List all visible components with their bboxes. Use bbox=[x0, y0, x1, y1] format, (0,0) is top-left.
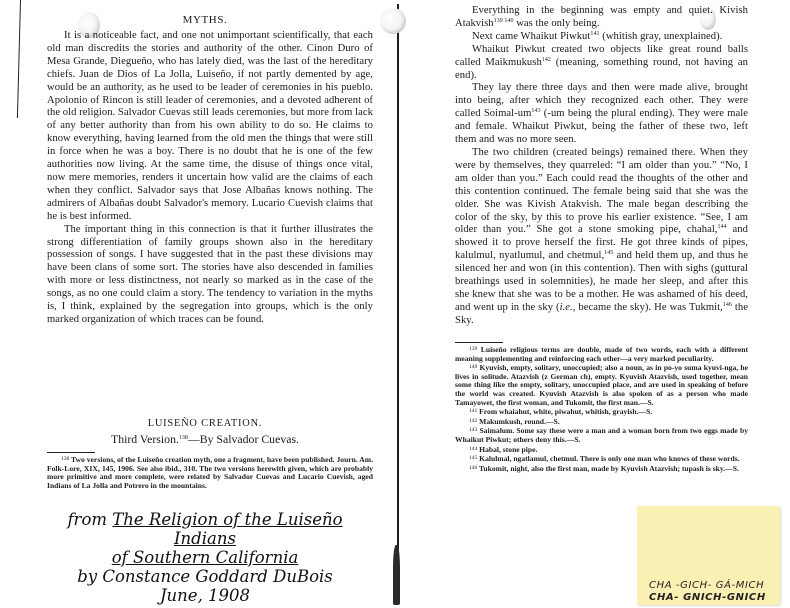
footnote: 143 Saimalum. Some say these were a man … bbox=[455, 427, 748, 444]
sticky-note-line: CHA- GNICH-GNICH bbox=[649, 592, 766, 603]
subtitle-text: Third Version. bbox=[111, 432, 179, 446]
footnote: 140 Kyuvish, empty, solitary, unoccupied… bbox=[455, 364, 748, 407]
sticky-note-line: CHA -GICH- GÁ-MICH bbox=[649, 580, 764, 591]
running-head: MYTHS. bbox=[40, 14, 370, 26]
footnotes: 138 Two versions, of the Luiseño creatio… bbox=[47, 456, 373, 491]
handwriting-title-cont: of Southern California bbox=[40, 548, 370, 567]
footnote-text: Two versions, of the Luiseño creation my… bbox=[47, 455, 373, 490]
footnote-ref: 145 bbox=[604, 250, 613, 256]
section-heading: LUISEÑO CREATION. bbox=[40, 418, 370, 429]
left-page: MYTHS. It is a noticeable fact, and one … bbox=[0, 0, 397, 608]
footnote-ref: 142 bbox=[542, 57, 551, 63]
paragraph: Everything in the beginning was empty an… bbox=[455, 5, 748, 31]
footnote-ref: 139 140 bbox=[494, 18, 514, 24]
footnotes: 139 Luiseño religious terms are double, … bbox=[455, 346, 748, 474]
subtitle-author: —By Salvador Cuevas. bbox=[188, 432, 299, 446]
paragraph: Next came Whaikut Piwkut141 (whitish gra… bbox=[455, 31, 748, 44]
footnote: 138 Two versions, of the Luiseño creatio… bbox=[47, 456, 373, 490]
sticky-note: CHA -GICH- GÁ-MICH CHA- GNICH-GNICH bbox=[637, 506, 780, 605]
footnote-rule bbox=[47, 452, 95, 453]
paragraph: It is a noticeable fact, and one not uni… bbox=[47, 30, 373, 224]
handwriting-author: by Constance Goddard DuBois bbox=[40, 567, 370, 586]
footnote-ref: 141 bbox=[590, 31, 599, 37]
footnote: 139 Luiseño religious terms are double, … bbox=[455, 346, 748, 363]
handwriting-from: from bbox=[67, 510, 112, 529]
footnote-rule bbox=[455, 342, 503, 343]
body-text: Everything in the beginning was empty an… bbox=[455, 5, 748, 328]
footnote-ref: 138 bbox=[179, 435, 188, 441]
paragraph: Whaikut Piwkut created two objects like … bbox=[455, 44, 748, 83]
footnote: 141 From whaiahut, white, piwahut, whiti… bbox=[455, 408, 748, 417]
paragraph: They lay there three days and then were … bbox=[455, 82, 748, 147]
footnote: 146 Tukomit, night, also the first man, … bbox=[455, 465, 748, 474]
paragraph: The important thing in this connection i… bbox=[47, 224, 373, 327]
handwritten-citation: from The Religion of the Luiseño Indians… bbox=[40, 510, 370, 605]
footnote-ref: 143 bbox=[531, 108, 540, 114]
handwriting-date: June, 1908 bbox=[40, 586, 370, 605]
footnote-ref: 146 bbox=[723, 302, 732, 308]
section-subtitle: Third Version.138—By Salvador Cuevas. bbox=[40, 432, 370, 447]
body-text: It is a noticeable fact, and one not uni… bbox=[47, 30, 373, 327]
footnote: 144 Habal, stone pipe. bbox=[455, 446, 748, 455]
paragraph: The two children (created beings) remain… bbox=[455, 147, 748, 328]
handwriting-title: The Religion of the Luiseño Indians bbox=[112, 510, 342, 548]
footnote: 142 Makumkush, round.—S. bbox=[455, 418, 748, 427]
footnote-number: 138 bbox=[61, 456, 69, 462]
footnote: 145 Kalulmal, ngatlamul, chetmul. There … bbox=[455, 455, 748, 464]
footnote-ref: 144 bbox=[718, 224, 727, 230]
